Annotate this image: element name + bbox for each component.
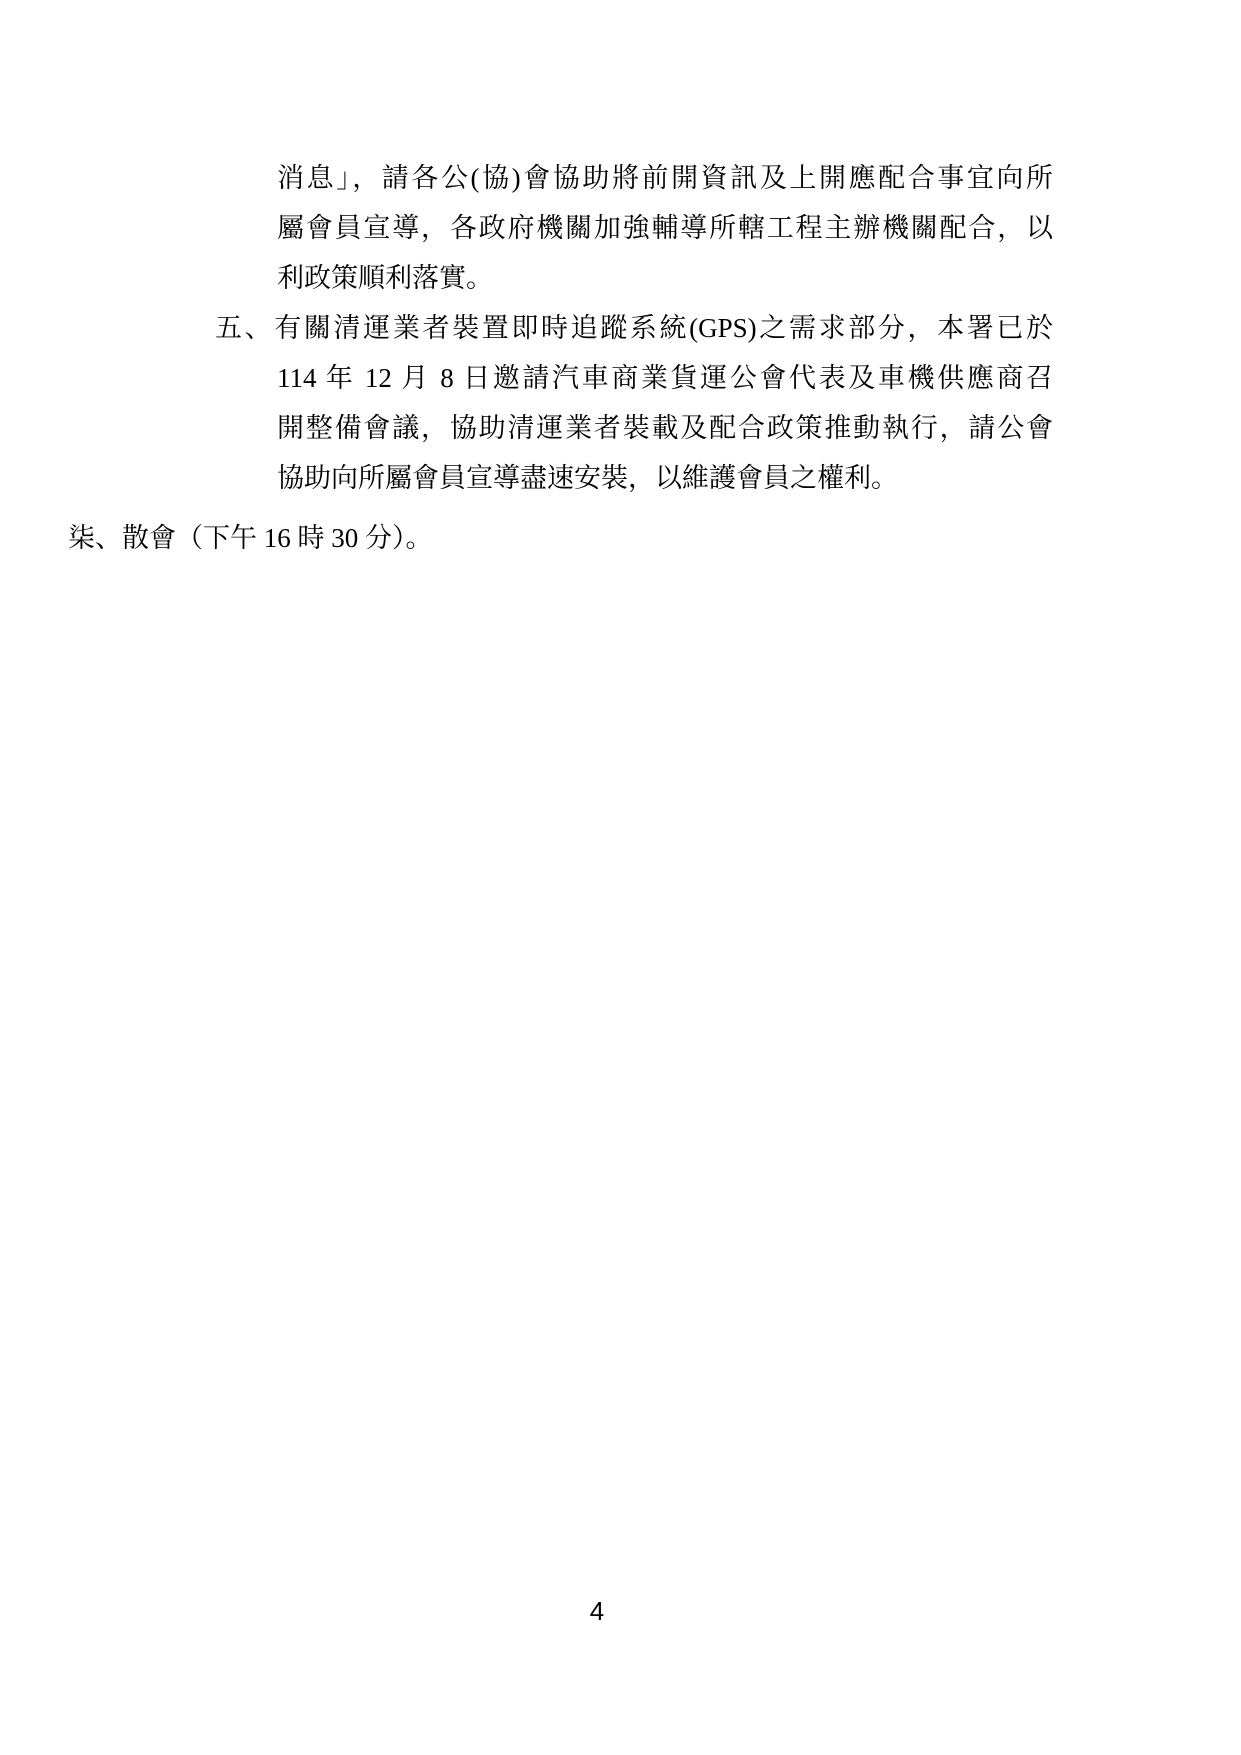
page-number: 4: [560, 1597, 634, 1626]
item7-marker: 柒、: [68, 523, 122, 553]
item5-line2: 114 年 12 月 8 日邀請汽車商業貨運公會代表及車機供應商召: [277, 353, 1053, 403]
item5-line1: 五、有關清運業者裝置即時追蹤系統(GPS)之需求部分，本署已於: [215, 303, 1053, 353]
item4-continuation-line3: 利政策順利落實。: [277, 253, 1053, 303]
item7-text: 散會（下午 16 時 30 分）。: [122, 523, 433, 553]
item5-marker: 五、: [215, 313, 274, 343]
document-page: 消息」，請各公(協)會協助將前開資訊及上開應配合事宜向所 屬會員宣導，各政府機關…: [0, 0, 1241, 1755]
item5-line4: 協助向所屬會員宣導盡速安裝，以維護會員之權利。: [277, 453, 1053, 503]
item4-continuation-line1: 消息」，請各公(協)會協助將前開資訊及上開應配合事宜向所: [277, 153, 1053, 203]
item7-line: 柒、散會（下午 16 時 30 分）。: [68, 513, 1053, 563]
item4-continuation-line2: 屬會員宣導，各政府機關加強輔導所轄工程主辦機關配合，以: [277, 203, 1053, 253]
item5-line1-text: 有關清運業者裝置即時追蹤系統(GPS)之需求部分，本署已於: [274, 313, 1053, 343]
item5-line3: 開整備會議，協助清運業者裝載及配合政策推動執行，請公會: [277, 403, 1053, 453]
